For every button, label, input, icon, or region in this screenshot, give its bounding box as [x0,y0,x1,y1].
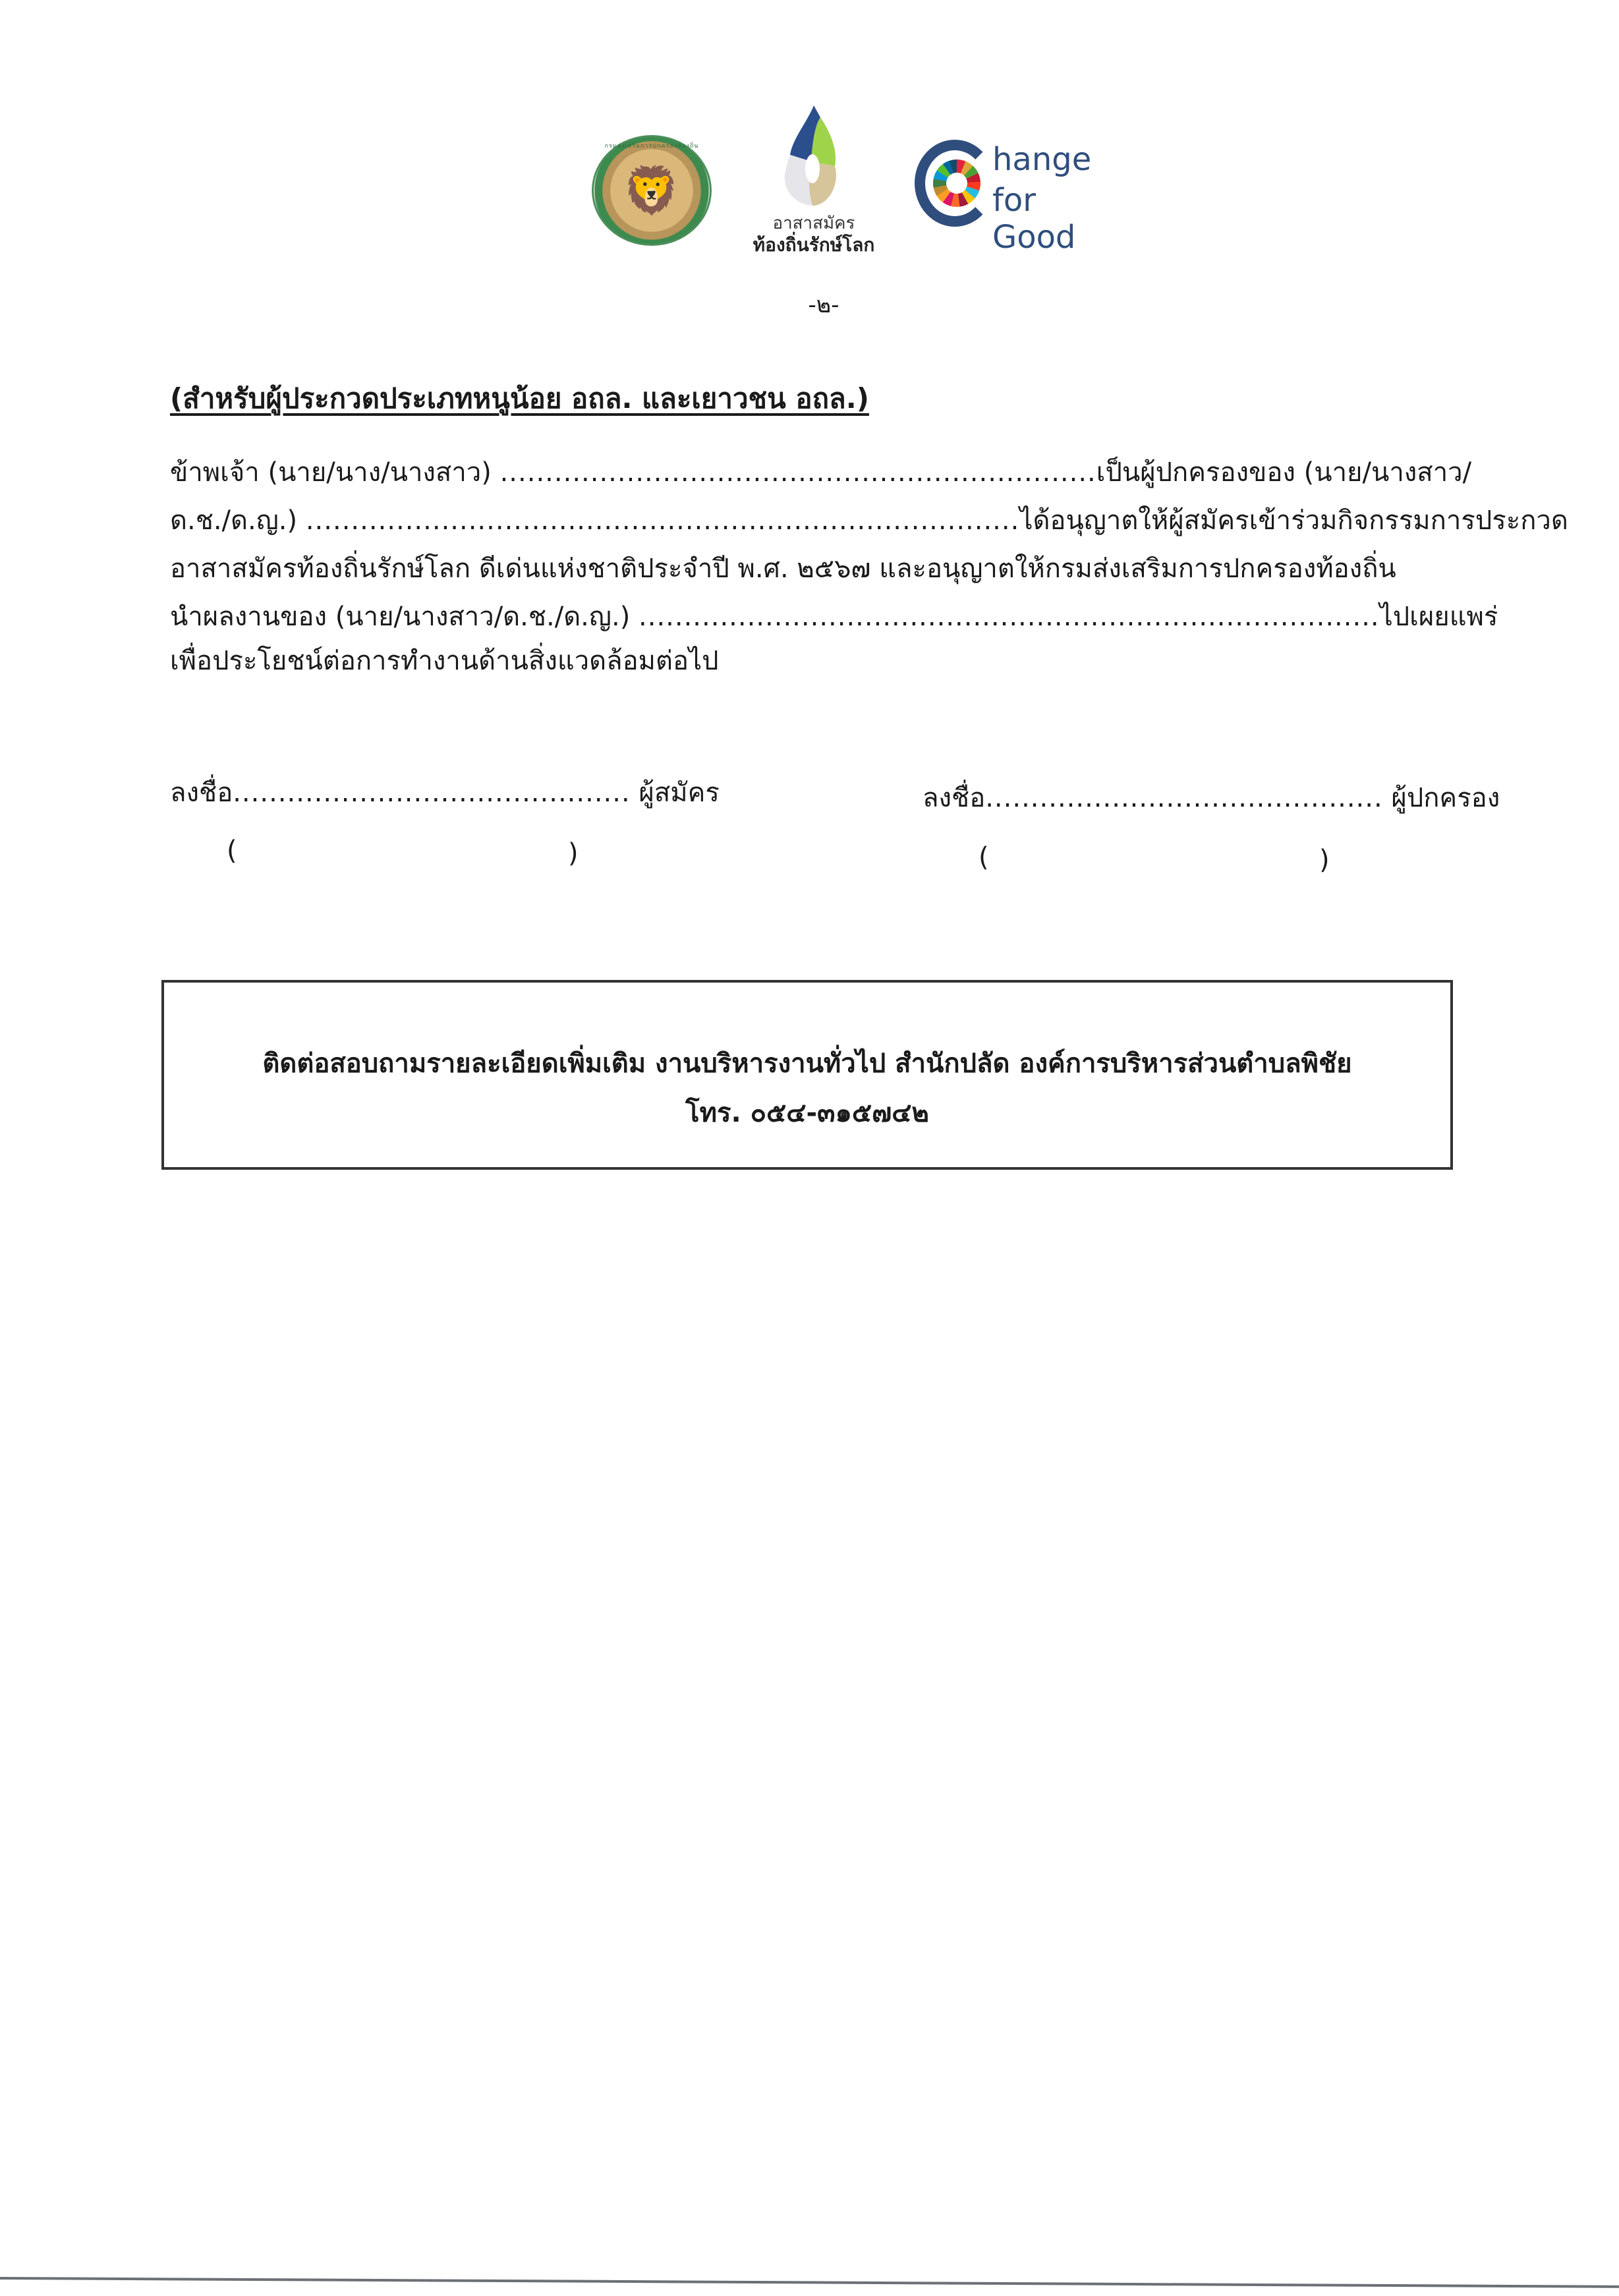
lion-emblem-icon: 🦁 [623,167,680,214]
water-drop-logo-icon [781,105,847,208]
body-line-4: นำผลงานของ (นาย/นางสาว/ด.ช./ด.ญ.) ......… [170,595,1458,637]
applicant-signature-line: ลงชื่อ..................................… [170,771,720,813]
child-name-field[interactable]: ........................................… [306,505,1019,536]
contact-phone-text: โทร. ๐๕๔-๓๑๕๗๔๒ [164,1091,1450,1134]
applicant-role-label: ผู้สมัคร [631,778,720,808]
line2-prefix: ด.ช./ด.ญ.) .............................… [170,499,1019,541]
body-line-2: ด.ช./ด.ญ.) .............................… [170,499,1458,541]
line4-prefix: นำผลงานของ (นาย/นางสาว/ด.ช./ด.ญ.) ......… [170,595,1380,637]
department-seal-logo: กรมส่งเสริมการปกครองท้องถิ่น 🦁 [592,135,712,246]
applicant-signature-field[interactable]: ........................................… [233,778,630,808]
volunteer-logo-caption-line2: ท้องถิ่นรักษ์โลก [738,231,890,260]
line1-suffix: เป็นผู้ปกครองของ (นาย/นางสาว/ [1096,451,1471,493]
line5-text: เพื่อประโยชน์ต่อการทำงานด้านสิ่งแวดล้อมต… [170,646,719,676]
line1-prefix: ข้าพเจ้า (นาย/นาง/นางสาว) ..............… [170,451,1096,493]
body-line-1: ข้าพเจ้า (นาย/นาง/นางสาว) ..............… [170,451,1458,493]
line3-text: อาสาสมัครท้องถิ่นรักษ์โลก ดีเด่นแห่งชาติ… [170,547,1396,589]
logo-text-for-good: for Good [992,182,1125,256]
applicant-close-paren: ) [568,838,579,869]
logo-text-hange: hange [992,141,1091,178]
contact-info-box: ติดต่อสอบถามรายละเอียดเพิ่มเติม งานบริหา… [161,980,1453,1170]
guardian-sign-label: ลงชื่อ [923,783,985,813]
body-line-5: เพื่อประโยชน์ต่อการทำงานด้านสิ่งแวดล้อมต… [170,639,1458,681]
work-owner-name-field[interactable]: ........................................… [639,602,1380,632]
guardian-printed-name-field[interactable] [1002,842,1311,875]
guardian-close-paren: ) [1319,845,1330,875]
contact-department-text: ติดต่อสอบถามรายละเอียดเพิ่มเติม งานบริหา… [164,1042,1450,1084]
guardian-signature-field[interactable]: ........................................… [985,783,1382,813]
scan-edge-divider [0,2277,1619,2288]
guardian-role-label: ผู้ปกครอง [1383,783,1500,813]
line2-suffix: ได้อนุญาตให้ผู้สมัครเข้าร่วมกิจกรรมการปร… [1019,499,1568,541]
guardian-signature-line: ลงชื่อ..................................… [923,776,1500,818]
change-for-good-logo: hange for Good [915,140,1125,232]
seal-ring-text: กรมส่งเสริมการปกครองท้องถิ่น [594,141,710,150]
applicant-printed-name-field[interactable] [250,836,560,869]
applicant-sign-label: ลงชื่อ [170,778,233,808]
applicant-open-paren: ( [227,836,237,866]
guardian-open-paren: ( [979,842,989,873]
form-title: (สำหรับผู้ประกวดประเภทหนูน้อย อถล. และเย… [170,377,869,420]
body-line-3: อาสาสมัครท้องถิ่นรักษ์โลก ดีเด่นแห่งชาติ… [170,547,1458,589]
line4-suffix: ไปเผยแพร่ [1380,595,1498,637]
page-number: -๒- [758,287,890,322]
sdg-wheel-icon [933,159,980,207]
parent-name-field[interactable]: ........................................… [500,457,1096,488]
